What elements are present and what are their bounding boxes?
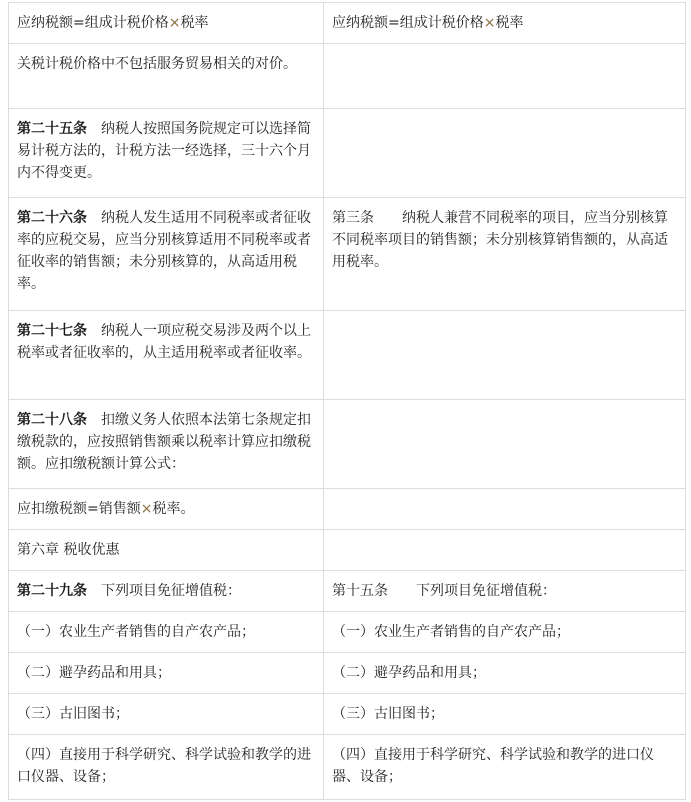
table-row: 关税计税价格中不包括服务贸易相关的对价。	[9, 44, 686, 109]
list-item-text: （一）农业生产者销售的自产农产品；	[17, 624, 255, 640]
table-row: 第二十六条纳税人发生适用不同税率或者征收率的应税交易，应当分别核算适用不同税率或…	[9, 198, 686, 311]
formula-text: 税率	[180, 15, 208, 31]
formula-text: 应纳税额=组成计税价格	[332, 15, 484, 31]
table-row: （四）直接用于科学研究、科学试验和教学的进口仪器、设备； （四）直接用于科学研究…	[9, 735, 686, 800]
chapter-heading: 第六章 税收优惠	[17, 542, 119, 558]
old-law-cell	[324, 400, 686, 489]
list-item-text: （一）农业生产者销售的自产农产品；	[332, 624, 570, 640]
clause-text: 下列项目免征增值税：	[416, 583, 556, 599]
new-law-cell: （一）农业生产者销售的自产农产品；	[9, 612, 324, 653]
old-law-cell	[324, 109, 686, 198]
list-item-text: （二）避孕药品和用具；	[332, 665, 486, 681]
clause-text: 关税计税价格中不包括服务贸易相关的对价。	[17, 56, 297, 72]
clause-text: 下列项目免征增值税：	[101, 583, 241, 599]
article-number: 第二十七条	[17, 323, 87, 339]
old-law-cell: （三）古旧图书；	[324, 694, 686, 735]
new-law-cell: 第二十八条扣缴义务人依照本法第七条规定扣缴税款的，应按照销售额乘以税率计算应扣缴…	[9, 400, 324, 489]
new-law-cell: （三）古旧图书；	[9, 694, 324, 735]
table-row: （一）农业生产者销售的自产农产品； （一）农业生产者销售的自产农产品；	[9, 612, 686, 653]
multiply-sign: ×	[141, 501, 153, 517]
law-comparison-table: 应纳税额=组成计税价格×税率 应纳税额=组成计税价格×税率 关税计税价格中不包括…	[8, 2, 686, 800]
new-law-cell: 第二十七条纳税人一项应税交易涉及两个以上税率或者征收率的，从主适用税率或者征收率…	[9, 311, 324, 400]
new-law-cell: 应扣缴税额=销售额×税率。	[9, 489, 324, 530]
old-law-cell: （四）直接用于科学研究、科学试验和教学的进口仪器、设备；	[324, 735, 686, 800]
table-row: （三）古旧图书； （三）古旧图书；	[9, 694, 686, 735]
table-row: 第二十五条纳税人按照国务院规定可以选择简易计税方法的，计税方法一经选择，三十六个…	[9, 109, 686, 198]
new-law-cell: 第六章 税收优惠	[9, 530, 324, 571]
new-law-cell: （四）直接用于科学研究、科学试验和教学的进口仪器、设备；	[9, 735, 324, 800]
new-law-cell: 第二十六条纳税人发生适用不同税率或者征收率的应税交易，应当分别核算适用不同税率或…	[9, 198, 324, 311]
article-number: 第三条	[332, 210, 374, 226]
new-law-cell: 应纳税额=组成计税价格×税率	[9, 3, 324, 44]
new-law-cell: 关税计税价格中不包括服务贸易相关的对价。	[9, 44, 324, 109]
new-law-cell: 第二十五条纳税人按照国务院规定可以选择简易计税方法的，计税方法一经选择，三十六个…	[9, 109, 324, 198]
old-law-cell: （一）农业生产者销售的自产农产品；	[324, 612, 686, 653]
formula-text: 应扣缴税额=销售额	[17, 501, 141, 517]
multiply-sign: ×	[169, 15, 181, 31]
old-law-cell	[324, 311, 686, 400]
list-item-text: （三）古旧图书；	[17, 706, 129, 722]
table-row: 第六章 税收优惠	[9, 530, 686, 571]
old-law-cell	[324, 530, 686, 571]
new-law-cell: （二）避孕药品和用具；	[9, 653, 324, 694]
old-law-cell: 第三条纳税人兼营不同税率的项目，应当分别核算不同税率项目的销售额；未分别核算销售…	[324, 198, 686, 311]
old-law-cell: 应纳税额=组成计税价格×税率	[324, 3, 686, 44]
old-law-cell	[324, 44, 686, 109]
article-number: 第二十八条	[17, 412, 87, 428]
list-item-text: （四）直接用于科学研究、科学试验和教学的进口仪器、设备；	[17, 747, 311, 785]
clause-text: 纳税人兼营不同税率的项目，应当分别核算不同税率项目的销售额；未分别核算销售额的，…	[332, 210, 668, 270]
formula-text: 税率。	[152, 501, 194, 517]
article-number: 第二十五条	[17, 121, 87, 137]
new-law-cell: 第二十九条下列项目免征增值税：	[9, 571, 324, 612]
table-row: 应纳税额=组成计税价格×税率 应纳税额=组成计税价格×税率	[9, 3, 686, 44]
list-item-text: （三）古旧图书；	[332, 706, 444, 722]
multiply-sign: ×	[484, 15, 496, 31]
old-law-cell: 第十五条下列项目免征增值税：	[324, 571, 686, 612]
table-row: 第二十七条纳税人一项应税交易涉及两个以上税率或者征收率的，从主适用税率或者征收率…	[9, 311, 686, 400]
table-row: 第二十八条扣缴义务人依照本法第七条规定扣缴税款的，应按照销售额乘以税率计算应扣缴…	[9, 400, 686, 489]
formula-text: 应纳税额=组成计税价格	[17, 15, 169, 31]
old-law-cell	[324, 489, 686, 530]
old-law-cell: （二）避孕药品和用具；	[324, 653, 686, 694]
table-row: 应扣缴税额=销售额×税率。	[9, 489, 686, 530]
table-row: 第二十九条下列项目免征增值税： 第十五条下列项目免征增值税：	[9, 571, 686, 612]
list-item-text: （二）避孕药品和用具；	[17, 665, 171, 681]
article-number: 第二十九条	[17, 583, 87, 599]
list-item-text: （四）直接用于科学研究、科学试验和教学的进口仪器、设备；	[332, 747, 654, 785]
article-number: 第十五条	[332, 583, 388, 599]
table-row: （二）避孕药品和用具； （二）避孕药品和用具；	[9, 653, 686, 694]
formula-text: 税率	[495, 15, 523, 31]
article-number: 第二十六条	[17, 210, 87, 226]
